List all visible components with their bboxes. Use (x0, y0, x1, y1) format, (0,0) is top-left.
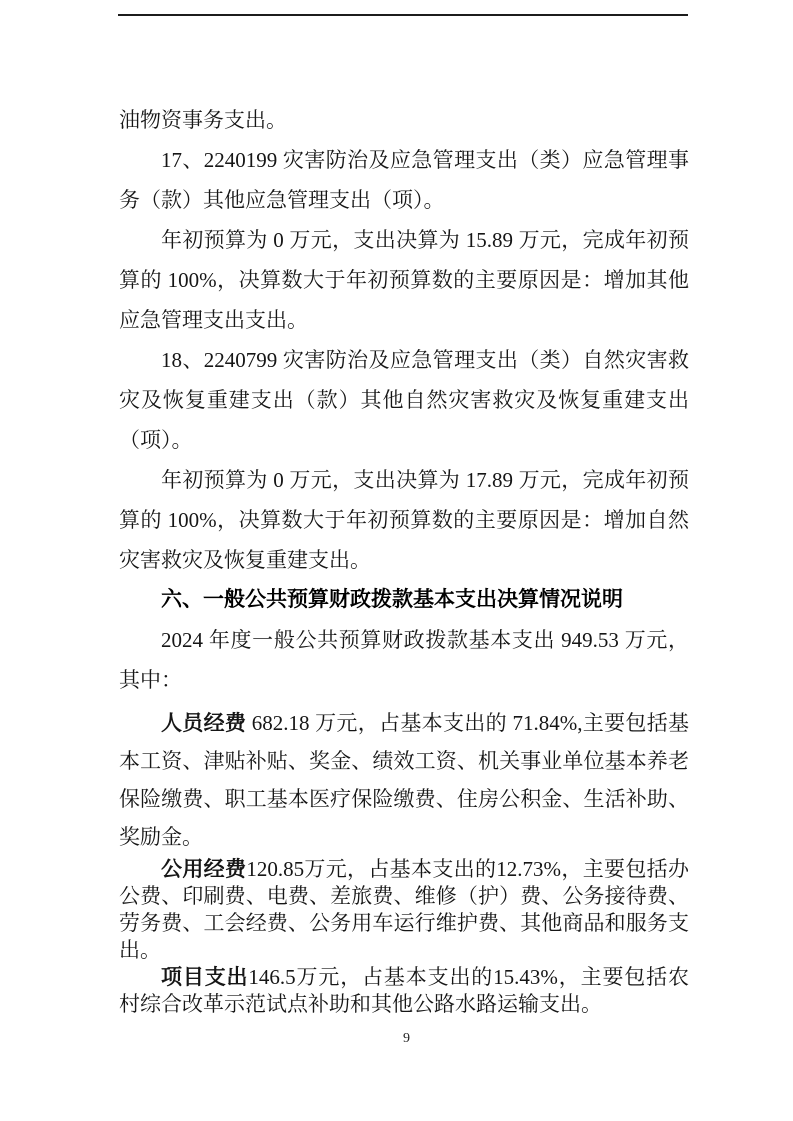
paragraph: 年初预算为 0 万元，支出决算为 15.89 万元，完成年初预算的 100%，决… (119, 220, 689, 340)
paragraph: 人员经费 682.18 万元，占基本支出的 71.84%,主要包括基本工资、津贴… (119, 704, 689, 856)
text-line: 18、2240799 灾害防治及应急管理支出（类）自然灾害救 (119, 340, 689, 380)
paragraph: 公用经费120.85万元，占基本支出的12.73%，主要包括办公费、印刷费、电费… (119, 856, 689, 964)
paragraph: 18、2240799 灾害防治及应急管理支出（类）自然灾害救灾及恢复重建支出（款… (119, 340, 689, 460)
bold-label: 人员经费 (161, 711, 246, 735)
text-line: 算的 100%，决算数大于年初预算数的主要原因是：增加其他 (119, 260, 689, 300)
text-line: 六、一般公共预算财政拨款基本支出决算情况说明 (119, 580, 689, 620)
header-rule (118, 14, 688, 16)
text-line: 出。 (119, 937, 689, 964)
document-body: 油物资事务支出。17、2240199 灾害防治及应急管理支出（类）应急管理事务（… (119, 100, 689, 1018)
document-page: 油物资事务支出。17、2240199 灾害防治及应急管理支出（类）应急管理事务（… (0, 0, 793, 1121)
text-line: 应急管理支出支出。 (119, 300, 689, 340)
paragraph: 年初预算为 0 万元，支出决算为 17.89 万元，完成年初预算的 100%，决… (119, 460, 689, 580)
text-line: 算的 100%，决算数大于年初预算数的主要原因是：增加自然 (119, 500, 689, 540)
text-line: 灾害救灾及恢复重建支出。 (119, 540, 689, 580)
text-line: 其中： (119, 660, 689, 700)
text-line: 劳务费、工会经费、公务用车运行维护费、其他商品和服务支 (119, 910, 689, 937)
bold-label: 公用经费 (161, 857, 246, 881)
text-line: 公用经费120.85万元，占基本支出的12.73%，主要包括办 (119, 856, 689, 883)
text-line: 本工资、津贴补贴、奖金、绩效工资、机关事业单位基本养老 (119, 742, 689, 780)
text-line: 灾及恢复重建支出（款）其他自然灾害救灾及恢复重建支出 (119, 380, 689, 420)
text-line: 人员经费 682.18 万元，占基本支出的 71.84%,主要包括基 (119, 704, 689, 742)
text-line: 保险缴费、职工基本医疗保险缴费、住房公积金、生活补助、 (119, 780, 689, 818)
paragraph: 油物资事务支出。 (119, 100, 689, 140)
text-line: 项目支出146.5万元，占基本支出的15.43%，主要包括农 (119, 964, 689, 991)
text-line: 村综合改革示范试点补助和其他公路水路运输支出。 (119, 991, 689, 1018)
bold-label: 项目支出 (161, 965, 248, 989)
text-line: 2024 年度一般公共预算财政拨款基本支出 949.53 万元， (119, 620, 689, 660)
paragraph: 项目支出146.5万元，占基本支出的15.43%，主要包括农村综合改革示范试点补… (119, 964, 689, 1018)
paragraph: 2024 年度一般公共预算财政拨款基本支出 949.53 万元，其中： (119, 620, 689, 700)
text-line: 油物资事务支出。 (119, 100, 689, 140)
text-line: 17、2240199 灾害防治及应急管理支出（类）应急管理事 (119, 140, 689, 180)
section-heading: 六、一般公共预算财政拨款基本支出决算情况说明 (119, 580, 689, 620)
text-line: 年初预算为 0 万元，支出决算为 15.89 万元，完成年初预 (119, 220, 689, 260)
text-line: 年初预算为 0 万元，支出决算为 17.89 万元，完成年初预 (119, 460, 689, 500)
text-line: 奖励金。 (119, 818, 689, 856)
text-line: 务（款）其他应急管理支出（项）。 (119, 180, 689, 220)
text-line: 公费、印刷费、电费、差旅费、维修（护）费、公务接待费、 (119, 883, 689, 910)
text-line: （项）。 (119, 420, 689, 460)
paragraph: 17、2240199 灾害防治及应急管理支出（类）应急管理事务（款）其他应急管理… (119, 140, 689, 220)
page-number: 9 (403, 1031, 410, 1047)
